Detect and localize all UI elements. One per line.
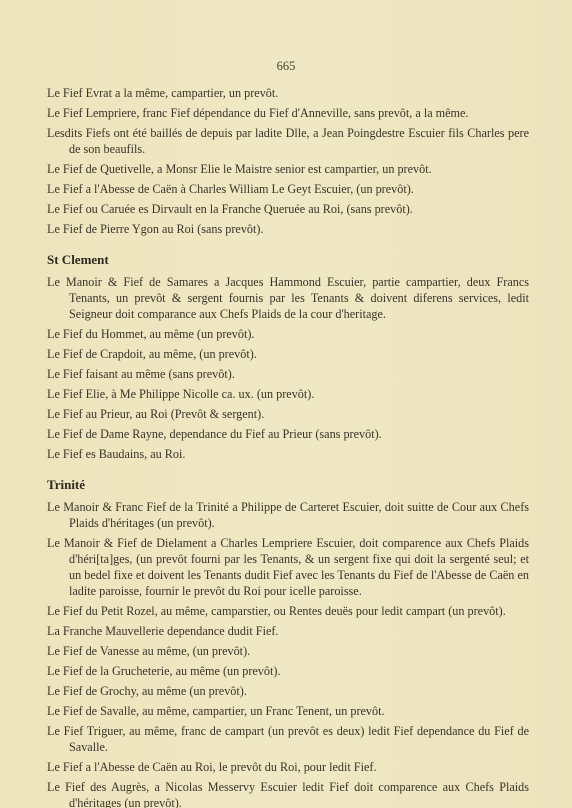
entry: Le Fief de Crapdoit, au même, (un prevôt…: [47, 346, 529, 362]
entry: Le Fief Elie, à Me Philippe Nicolle ca. …: [47, 386, 529, 402]
entry: Le Manoir & Fief de Samares a Jacques Ha…: [47, 274, 529, 322]
page-number: 665: [0, 59, 572, 74]
section-heading: St Clement: [47, 252, 529, 268]
entry: Le Fief de Pierre Ygon au Roi (sans prev…: [47, 221, 529, 237]
page-content: Le Fief Evrat a la même, campartier, un …: [47, 85, 529, 808]
entry: Le Fief faisant au même (sans prevôt).: [47, 366, 529, 382]
section-trinite: Trinité Le Manoir & Franc Fief de la Tri…: [47, 477, 529, 808]
entry: Le Manoir & Franc Fief de la Trinité a P…: [47, 499, 529, 531]
entry: Le Fief du Petit Rozel, au même, campars…: [47, 603, 529, 619]
entry: Le Fief Lempriere, franc Fief dépendance…: [47, 105, 529, 121]
entry: Le Fief a l'Abesse de Caën au Roi, le pr…: [47, 759, 529, 775]
entry: Le Fief de Quetivelle, a Monsr Elie le M…: [47, 161, 529, 177]
document-page: 665 Le Fief Evrat a la même, campartier,…: [0, 0, 572, 808]
section-st-clement: St Clement Le Manoir & Fief de Samares a…: [47, 252, 529, 462]
entry: Le Manoir & Fief de Dielament a Charles …: [47, 535, 529, 599]
entry: La Franche Mauvellerie dependance dudit …: [47, 623, 529, 639]
entry: Le Fief de Savalle, au même, campartier,…: [47, 703, 529, 719]
entry: Le Fief de la Grucheterie, au même (un p…: [47, 663, 529, 679]
entry: Le Fief des Augrès, a Nicolas Messervy E…: [47, 779, 529, 808]
entry: Le Fief Evrat a la même, campartier, un …: [47, 85, 529, 101]
entry: Le Fief de Dame Rayne, dependance du Fie…: [47, 426, 529, 442]
entry: Le Fief du Hommet, au même (un prevôt).: [47, 326, 529, 342]
entry: Le Fief au Prieur, au Roi (Prevôt & serg…: [47, 406, 529, 422]
entry: Le Fief de Grochy, au même (un prevôt).: [47, 683, 529, 699]
entry: Le Fief Triguer, au même, franc de campa…: [47, 723, 529, 755]
entry: Lesdits Fiefs ont été baillés de depuis …: [47, 125, 529, 157]
entry: Le Fief de Vanesse au même, (un prevôt).: [47, 643, 529, 659]
entry: Le Fief es Baudains, au Roi.: [47, 446, 529, 462]
entry: Le Fief a l'Abesse de Caën à Charles Wil…: [47, 181, 529, 197]
section-untitled: Le Fief Evrat a la même, campartier, un …: [47, 85, 529, 237]
section-heading: Trinité: [47, 477, 529, 493]
entry: Le Fief ou Caruée es Dirvault en la Fran…: [47, 201, 529, 217]
